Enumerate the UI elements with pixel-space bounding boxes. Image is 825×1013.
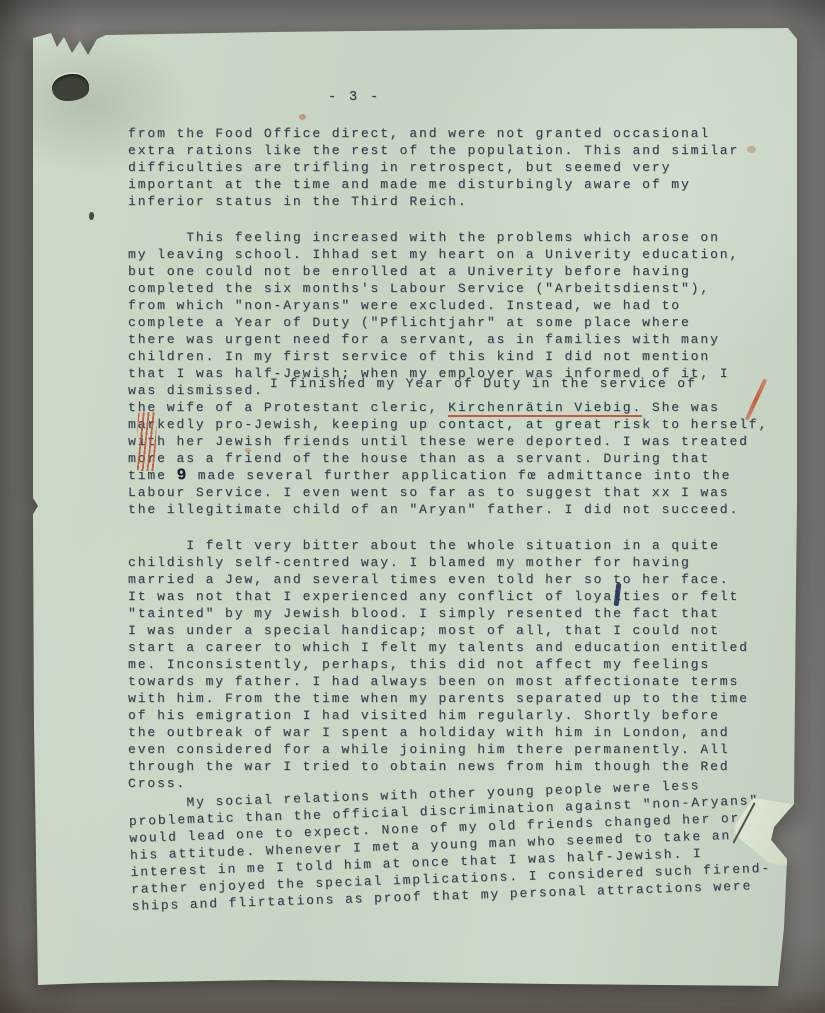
text-line: It was not that I experienced any confli… — [128, 588, 749, 605]
text-line: difficulties are trifling in retrospect,… — [128, 159, 739, 176]
text-segment: She was — [642, 400, 720, 415]
text-line: my leaving school. Ihhad set my heart on… — [128, 246, 768, 263]
text-line: start a career to which I felt my talent… — [128, 639, 749, 656]
photo-backdrop: - 3 - from the Food Office direct, and w… — [0, 0, 825, 1013]
text-line: I felt very bitter about the whole situa… — [128, 537, 749, 554]
red-underline-text: Kirchenrätin Viebig. — [448, 400, 642, 417]
text-line: towards my father. I had always been on … — [128, 673, 749, 690]
text-line: with her Jewish friends until these were… — [128, 433, 768, 450]
text-line: married a Jew, and several times even to… — [128, 571, 749, 588]
text-line: there was urgent need for a servant, as … — [128, 331, 768, 348]
text-line: from the Food Office direct, and were no… — [128, 125, 739, 142]
document-page: - 3 - from the Food Office direct, and w… — [31, 28, 797, 990]
text-line: from which "non-Aryans" were excluded. I… — [128, 297, 768, 314]
text-segment: the wife of a Protestant cleric, — [128, 400, 448, 415]
paper-hole — [52, 74, 89, 101]
text-line: the wife of a Protestant cleric, Kirchen… — [128, 399, 768, 416]
paper-speck — [89, 212, 94, 220]
text-line: complete a Year of Duty ("Pflichtjahr" a… — [128, 314, 768, 331]
paragraph-2: This feeling increased with the problems… — [128, 229, 768, 518]
text-line: This feeling increased with the problems… — [128, 229, 768, 246]
paragraph-3: I felt very bitter about the whole situa… — [128, 537, 749, 792]
text-line: with him. From the time when my parents … — [128, 690, 749, 707]
text-line: completed the six months's Labour Servic… — [128, 280, 768, 297]
text-line: inferior status in the Third Reich. — [128, 193, 739, 210]
page-number: - 3 - — [328, 90, 381, 105]
text-line: childishly self-centred way. I blamed my… — [128, 554, 749, 571]
text-segment: was dismissed. — [128, 383, 264, 398]
rust-stain — [747, 146, 756, 153]
text-line: important at the time and made me distur… — [128, 176, 739, 193]
text-line: but one could not be enrolled at a Unive… — [128, 263, 768, 280]
ink-correction-text: 9 — [176, 466, 189, 484]
text-line: Labour Service. I even went so far as to… — [128, 484, 768, 501]
text-line: I was under a special handicap; most of … — [128, 622, 749, 639]
left-edge-nick — [31, 498, 37, 516]
paragraph-1: from the Food Office direct, and were no… — [128, 125, 739, 210]
text-line: even considered for a while joining him … — [128, 741, 749, 758]
paragraph-4: My social relations with other young peo… — [128, 775, 772, 915]
text-line: extra rations like the rest of the popul… — [128, 142, 739, 159]
red-margin-scribble — [136, 412, 157, 472]
text-line: me. Inconsistently, perhaps, this did no… — [128, 656, 749, 673]
text-line: "tainted" by my Jewish blood. I simply r… — [128, 605, 749, 622]
text-line: the illegitimate child of an "Aryan" fat… — [128, 501, 768, 518]
text-line: of his emigration I had visited him regu… — [128, 707, 749, 724]
text-line: children. In my first service of this ki… — [128, 348, 768, 365]
text-line: time 9 made several further application … — [128, 467, 768, 484]
raised-text: I finished my Year of Duty in the servic… — [270, 376, 697, 391]
text-line: the outbreak of war I spent a holdiday w… — [128, 724, 749, 741]
text-line: markedly pro-Jewish, keeping up contact,… — [128, 416, 768, 433]
text-segment: made several further application fœ admi… — [188, 468, 731, 483]
paper-sheet: - 3 - from the Food Office direct, and w… — [31, 28, 797, 990]
text-line: through the war I tried to obtain news f… — [128, 758, 749, 775]
text-line: more as a friend of the house than as a … — [128, 450, 768, 467]
rust-stain — [299, 114, 306, 120]
text-line: was dismissed.I finished my Year of Duty… — [128, 382, 768, 399]
